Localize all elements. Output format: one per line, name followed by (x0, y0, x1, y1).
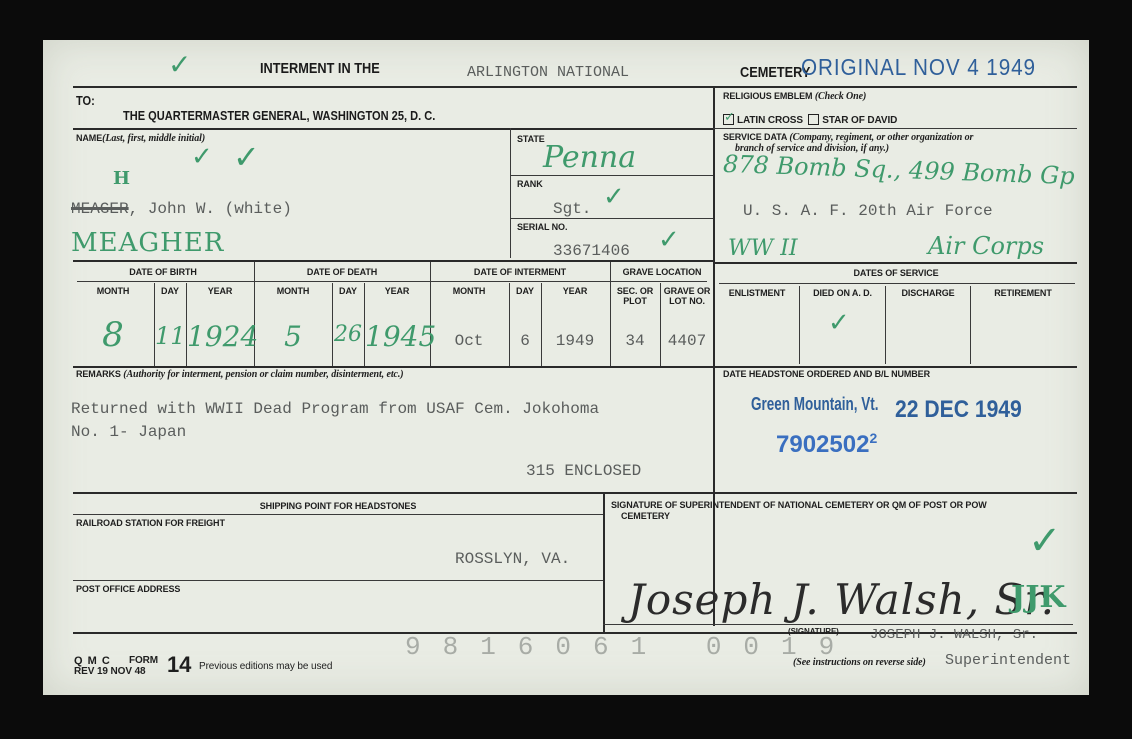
remarks-label: REMARKS (Authority for interment, pensio… (76, 369, 403, 380)
divider (73, 580, 603, 581)
shipping-label: SHIPPING POINT FOR HEADSTONES (73, 501, 603, 511)
state-label: STATE (517, 134, 545, 144)
remarks-line-3: 315 ENCLOSED (526, 462, 641, 480)
service-war-handwritten: WW II (728, 236, 798, 261)
form-title-prefix: INTERMENT IN THE (260, 60, 380, 77)
divider (603, 492, 605, 632)
checkbox-checked-icon[interactable]: ✓ (723, 114, 734, 125)
post-office-label: POST OFFICE ADDRESS (76, 584, 180, 594)
handwritten-initials: JJK (1011, 580, 1065, 615)
bl-number-stamp: 79025022 (776, 430, 877, 459)
col-died-on-ad: DIED ON A. D. (800, 288, 885, 298)
interment-year-header: YEAR (542, 286, 608, 296)
death-year-value: 1945 (365, 320, 429, 353)
divider (713, 86, 715, 626)
service-unit-handwritten: 878 Bomb Sq., 499 Bomb Gp (723, 150, 1076, 190)
form-word: FORM (129, 655, 158, 666)
check-mark-icon: ✓ (658, 225, 680, 255)
death-month-value: 5 (255, 320, 331, 353)
interment-record-card: ✓ INTERMENT IN THE ARLINGTON NATIONAL CE… (43, 40, 1089, 695)
grave-section-value: 34 (611, 332, 659, 350)
col-enlistment: ENLISTMENT (715, 288, 799, 298)
divider (610, 262, 611, 366)
interment-month-value: Oct (431, 332, 507, 350)
divider (713, 262, 1077, 264)
struck-surname: MEAGER (71, 200, 129, 218)
divider (719, 283, 1075, 284)
birth-month-header: MONTH (73, 286, 153, 296)
typed-signer-name: JOSEPH J. WALSH, Sr. (870, 627, 1038, 643)
signature-label-line-2: CEMETERY (621, 511, 670, 521)
divider (77, 281, 707, 282)
state-value: Penna (543, 140, 636, 175)
col-discharge: DISCHARGE (886, 288, 970, 298)
editions-note: Previous editions may be used (199, 661, 332, 672)
check-mark-icon: ✓ (603, 182, 625, 212)
divider (73, 260, 713, 262)
death-label: DATE OF DEATH (255, 267, 429, 277)
star-of-david-option[interactable]: STAR OF DAVID (808, 115, 897, 126)
railroad-value: ROSSLYN, VA. (455, 550, 570, 568)
latin-cross-option[interactable]: ✓LATIN CROSS (723, 115, 803, 126)
divider (73, 492, 1077, 494)
birth-year-header: YEAR (187, 286, 253, 296)
check-mark-icon: ✓ (233, 138, 260, 176)
remarks-line-1: Returned with WWII Dead Program from USA… (71, 400, 599, 418)
birth-label: DATE OF BIRTH (73, 267, 253, 277)
signature-line (603, 624, 1073, 625)
death-day-header: DAY (333, 286, 363, 296)
service-aircorps-handwritten: Air Corps (928, 232, 1044, 260)
col-retirement: RETIREMENT (971, 288, 1075, 298)
grave-lot-value: 4407 (661, 332, 713, 350)
religious-emblem-label: RELIGIOUS EMBLEM (Check One) (723, 91, 866, 102)
headstone-label: DATE HEADSTONE ORDERED AND B/L NUMBER (723, 369, 930, 379)
check-mark-icon: ✓ (168, 48, 191, 81)
interment-month-header: MONTH (431, 286, 507, 296)
service-branch-typed: U. S. A. F. 20th Air Force (743, 202, 993, 220)
serial-value: 33671406 (553, 242, 630, 260)
divider (713, 128, 1077, 129)
divider (510, 218, 713, 219)
interment-day-header: DAY (510, 286, 540, 296)
cemetery-name: ARLINGTON NATIONAL (467, 64, 629, 81)
perforated-serial: 9816061 0019 (405, 632, 856, 662)
addressee: THE QUARTERMASTER GENERAL, WASHINGTON 25… (123, 108, 435, 123)
typed-signer-title: Superintendent (945, 652, 1071, 669)
handwritten-surname: MEAGHER (71, 228, 224, 258)
check-mark-icon: ✓ (191, 142, 213, 172)
remarks-line-2: No. 1- Japan (71, 423, 186, 441)
headstone-date-stamp: 22 DEC 1949 (895, 396, 1022, 424)
died-on-ad-check-icon: ✓ (828, 308, 850, 338)
checkbox-empty-icon[interactable] (808, 114, 819, 125)
original-date-stamp: ORIGINAL NOV 4 1949 (801, 54, 1036, 81)
railroad-label: RAILROAD STATION FOR FREIGHT (76, 518, 225, 528)
lot-no-header: GRAVE OR LOT NO. (661, 286, 713, 306)
birth-month-value: 8 (73, 315, 153, 355)
religious-emblem-options: ✓LATIN CROSS STAR OF DAVID (723, 114, 897, 126)
death-day-value: 26 (333, 322, 363, 347)
signature-label-line-1: SIGNATURE OF SUPERINTENDENT OF NATIONAL … (611, 500, 987, 510)
rank-label: RANK (517, 179, 543, 189)
death-year-header: YEAR (365, 286, 429, 296)
birth-year-value: 1924 (187, 320, 253, 353)
form-title-suffix: CEMETERY (740, 64, 810, 81)
service-data-label: SERVICE DATA (Company, regiment, or othe… (723, 132, 973, 143)
divider (73, 128, 713, 130)
death-month-header: MONTH (255, 286, 331, 296)
interment-label: DATE OF INTERMENT (431, 267, 609, 277)
form-number: 14 (167, 652, 191, 678)
birth-day-value: 11 (155, 322, 185, 350)
handwritten-signature: Joseph J. Walsh, Sr. (628, 575, 1055, 624)
sec-plot-header: SEC. OR PLOT (611, 286, 659, 306)
interment-year-value: 1949 (542, 332, 608, 350)
check-mark-icon: ✓ (1028, 518, 1062, 564)
name-label: NAME(Last, first, middle initial) (76, 133, 205, 144)
grave-location-label: GRAVE LOCATION (611, 267, 713, 277)
handwritten-initial: H (113, 168, 130, 189)
to-label: TO: (76, 93, 95, 108)
divider (73, 514, 603, 515)
rank-value: Sgt. (553, 200, 591, 218)
divider (510, 128, 511, 258)
divider (73, 366, 1077, 368)
revision-date: REV 19 NOV 48 (74, 666, 146, 677)
divider (510, 175, 713, 176)
serial-label: SERIAL NO. (517, 222, 567, 232)
interment-day-value: 6 (510, 332, 540, 350)
name-typed: MEAGER, John W. (white) (71, 200, 292, 218)
divider (73, 86, 1077, 88)
dates-of-service-label: DATES OF SERVICE (715, 268, 1077, 278)
birth-day-header: DAY (155, 286, 185, 296)
headstone-place-stamp: Green Mountain, Vt. (751, 394, 879, 415)
